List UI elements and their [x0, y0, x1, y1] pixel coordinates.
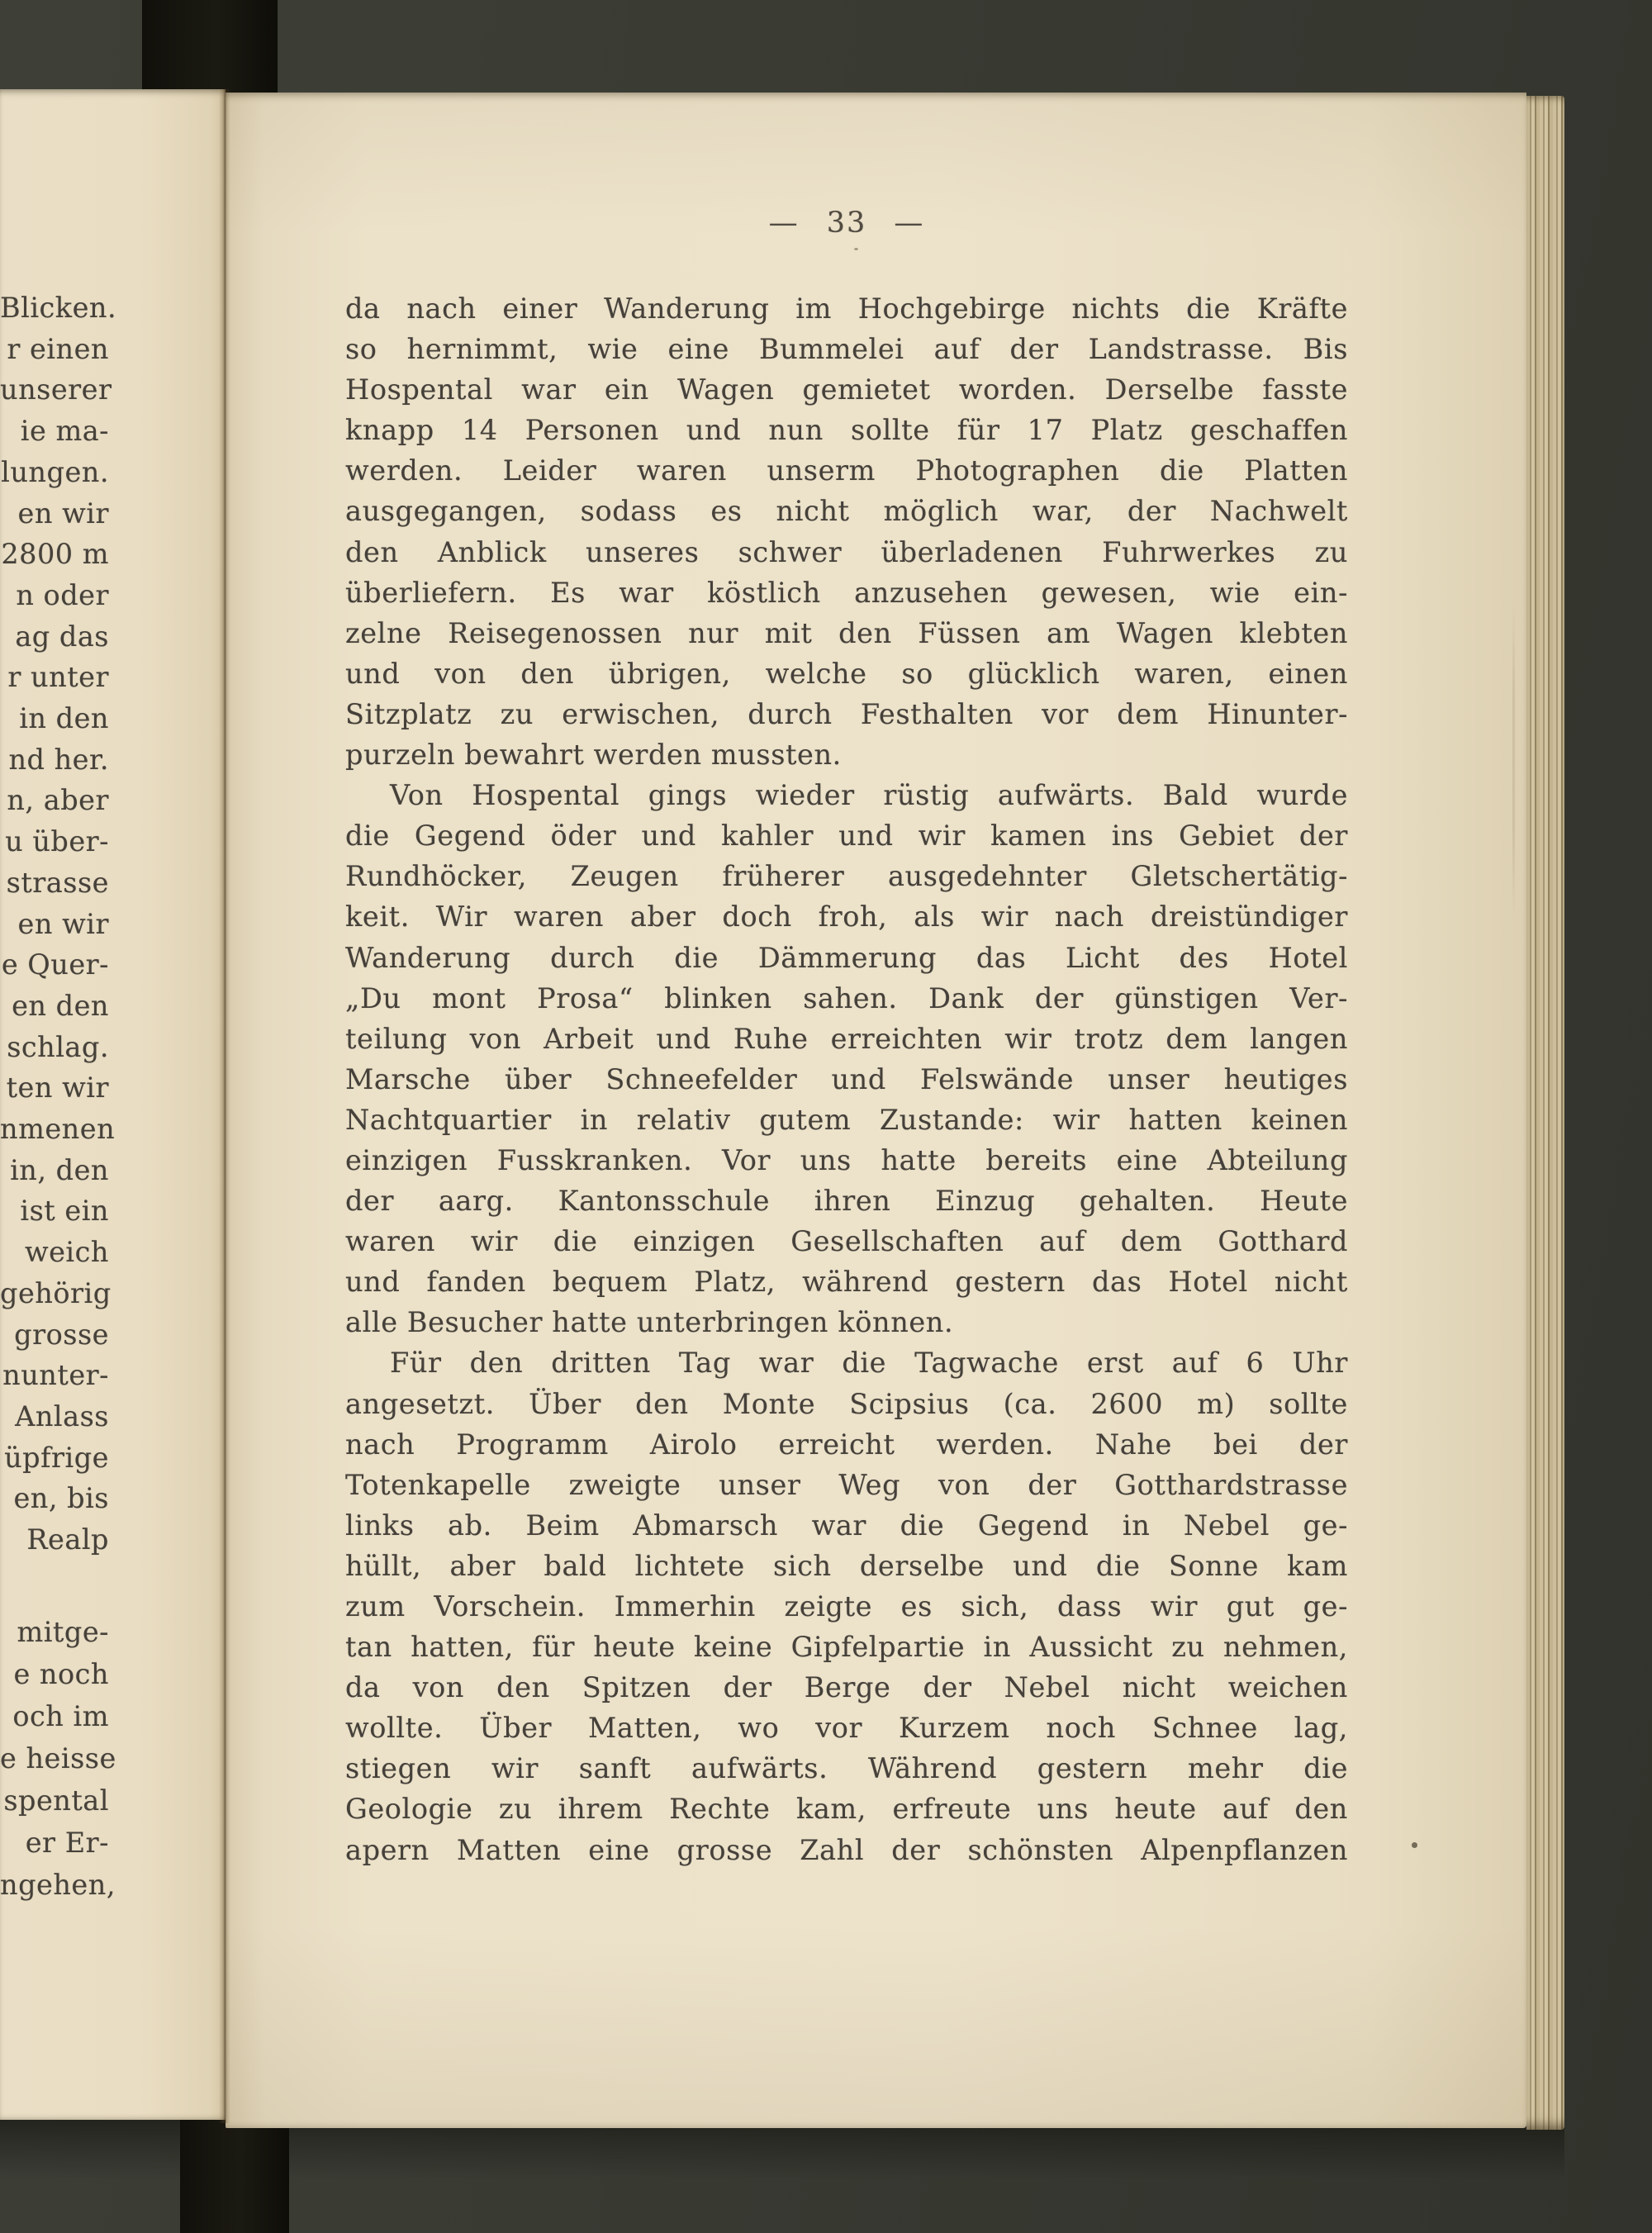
left-page-text-line: en den: [0, 986, 109, 1027]
text-line: und von den übrigen, welche so glücklich…: [345, 653, 1348, 694]
text-line: Marsche über Schneefelder und Felswände …: [345, 1059, 1348, 1100]
text-line: einzigen Fusskranken. Vor uns hatte bere…: [345, 1140, 1348, 1181]
text-line: nach Programm Airolo erreicht werden. Na…: [345, 1424, 1348, 1465]
left-page-text-line: spental: [0, 1779, 109, 1822]
left-page-text-line: gehörig: [0, 1273, 109, 1314]
left-page-text-line: n, aber: [0, 780, 109, 821]
left-page-text-line: e noch: [0, 1653, 109, 1695]
text-line: so hernimmt, wie eine Bummelei auf der L…: [345, 329, 1348, 369]
book-scan: Blicken.r einenunsererie ma-lungen.en wi…: [0, 0, 1652, 2233]
left-page-text-line: n oder: [0, 575, 109, 616]
left-page: Blicken.r einenunsererie ma-lungen.en wi…: [0, 89, 225, 2120]
gutter-fold: [219, 89, 230, 2123]
left-page-text-line: ag das: [0, 616, 109, 658]
left-page-text-line: r einen: [0, 329, 109, 370]
left-page-text-line: nmenen: [0, 1109, 109, 1150]
left-page-text-line: schlag.: [0, 1027, 109, 1068]
text-line: stiegen wir sanft aufwärts. Während gest…: [345, 1748, 1348, 1789]
text-line: links ab. Beim Abmarsch war die Gegend i…: [345, 1505, 1348, 1546]
left-page-text-line: ten wir: [0, 1067, 109, 1109]
text-line: tan hatten, für heute keine Gipfelpartie…: [345, 1627, 1348, 1667]
text-line: und fanden bequem Platz, während gestern…: [345, 1261, 1348, 1302]
left-page-text-line: üpfrige: [0, 1437, 109, 1479]
text-line: die Gegend öder und kahler und wir kamen…: [345, 815, 1348, 856]
text-line: wollte. Über Matten, wo vor Kurzem noch …: [345, 1708, 1348, 1748]
text-line: Geologie zu ihrem Rechte kam, erfreute u…: [345, 1789, 1348, 1829]
left-page-text-line: unserer: [0, 369, 109, 411]
text-line: teilung von Arbeit und Ruhe erreichten w…: [345, 1019, 1348, 1059]
left-page-text-line: nd her.: [0, 739, 109, 781]
text-line: angesetzt. Über den Monte Scipsius (ca. …: [345, 1384, 1348, 1424]
left-page-text-line: Blicken.: [0, 287, 109, 329]
text-line: apern Matten eine grosse Zahl der schöns…: [345, 1830, 1348, 1870]
left-page-text-line: en wir: [0, 493, 109, 534]
left-page-text-line: 2800 m: [0, 534, 109, 575]
left-page-text-line: ie ma-: [0, 411, 109, 452]
left-page-text-line: en wir: [0, 904, 109, 945]
text-line: da von den Spitzen der Berge der Nebel n…: [345, 1667, 1348, 1708]
left-page-text-line: e Quer-: [0, 944, 109, 986]
text-line: werden. Leider waren unserm Photographen…: [345, 450, 1348, 491]
fore-edge-pages: [1526, 96, 1564, 2130]
text-line: Hospental war ein Wagen gemietet worden.…: [345, 369, 1348, 410]
left-page-text-line: in den: [0, 698, 109, 739]
text-line: da nach einer Wanderung im Hochgebirge n…: [345, 288, 1348, 329]
left-page-text-line: ist ein: [0, 1190, 109, 1232]
left-page-text-line: en, bis: [0, 1478, 109, 1519]
text-line: Rundhöcker, Zeugen früherer ausgedehnter…: [345, 856, 1348, 896]
text-line: der aarg. Kantonsschule ihren Einzug geh…: [345, 1181, 1348, 1221]
text-line: Totenkapelle zweigte unser Weg von der G…: [345, 1465, 1348, 1505]
left-page-text-line: weich: [0, 1232, 109, 1273]
left-page-text-line: nunter-: [0, 1355, 109, 1396]
text-line: purzeln bewahrt werden mussten.: [345, 734, 1348, 775]
body-text: da nach einer Wanderung im Hochgebirge n…: [345, 288, 1348, 1870]
right-page: — 33 — da nach einer Wanderung im Hochge…: [225, 93, 1526, 2128]
left-page-text-line: grosse: [0, 1314, 109, 1356]
left-page-text-line: och im: [0, 1695, 109, 1737]
left-page-text-lower: mitge-e nochoch ime heissespentaler Er-n…: [0, 1611, 109, 1906]
text-line: alle Besucher hatte unterbringen können.: [345, 1302, 1348, 1342]
left-page-text-line: u über-: [0, 821, 109, 862]
ink-speck: [1412, 1842, 1417, 1848]
text-line: Sitzplatz zu erwischen, durch Festhalten…: [345, 694, 1348, 734]
text-line: zum Vorschein. Immerhin zeigte es sich, …: [345, 1586, 1348, 1627]
left-page-text-line: e heisse: [0, 1737, 109, 1779]
text-line: ausgegangen, sodass es nicht möglich war…: [345, 491, 1348, 531]
left-page-text-line: lungen.: [0, 452, 109, 493]
left-page-text-line: Anlass: [0, 1396, 109, 1437]
text-line: überliefern. Es war köstlich anzusehen g…: [345, 573, 1348, 613]
ink-speck: [854, 248, 858, 250]
text-line: knapp 14 Personen und nun sollte für 17 …: [345, 410, 1348, 450]
left-page-text-line: Realp: [0, 1519, 109, 1561]
left-page-text-upper: Blicken.r einenunsererie ma-lungen.en wi…: [0, 287, 109, 1561]
left-page-text-line: mitge-: [0, 1611, 109, 1653]
left-page-text-line: r unter: [0, 657, 109, 698]
text-line: den Anblick unseres schwer überladenen F…: [345, 532, 1348, 573]
text-line: „Du mont Prosa“ blinken sahen. Dank der …: [345, 978, 1348, 1019]
text-line: keit. Wir waren aber doch froh, als wir …: [345, 896, 1348, 937]
left-page-text-line: strasse: [0, 862, 109, 904]
paper-crease: [1512, 605, 1515, 919]
text-line: hüllt, aber bald lichtete sich derselbe …: [345, 1546, 1348, 1586]
text-line: zelne Reisegenossen nur mit den Füssen a…: [345, 613, 1348, 653]
text-line: Von Hospental gings wieder rüstig aufwär…: [345, 775, 1348, 815]
left-page-text-line: er Er-: [0, 1822, 109, 1864]
page-number: — 33 —: [345, 207, 1348, 240]
bookmark-ribbon-top: [142, 0, 278, 96]
text-line: Wanderung durch die Dämmerung das Licht …: [345, 938, 1348, 978]
text-line: waren wir die einzigen Gesellschaften au…: [345, 1221, 1348, 1261]
left-page-text-line: ngehen,: [0, 1864, 109, 1906]
left-page-text-line: in, den: [0, 1150, 109, 1191]
text-line: Für den dritten Tag war die Tagwache ers…: [345, 1342, 1348, 1383]
text-line: Nachtquartier in relativ gutem Zustande:…: [345, 1100, 1348, 1140]
